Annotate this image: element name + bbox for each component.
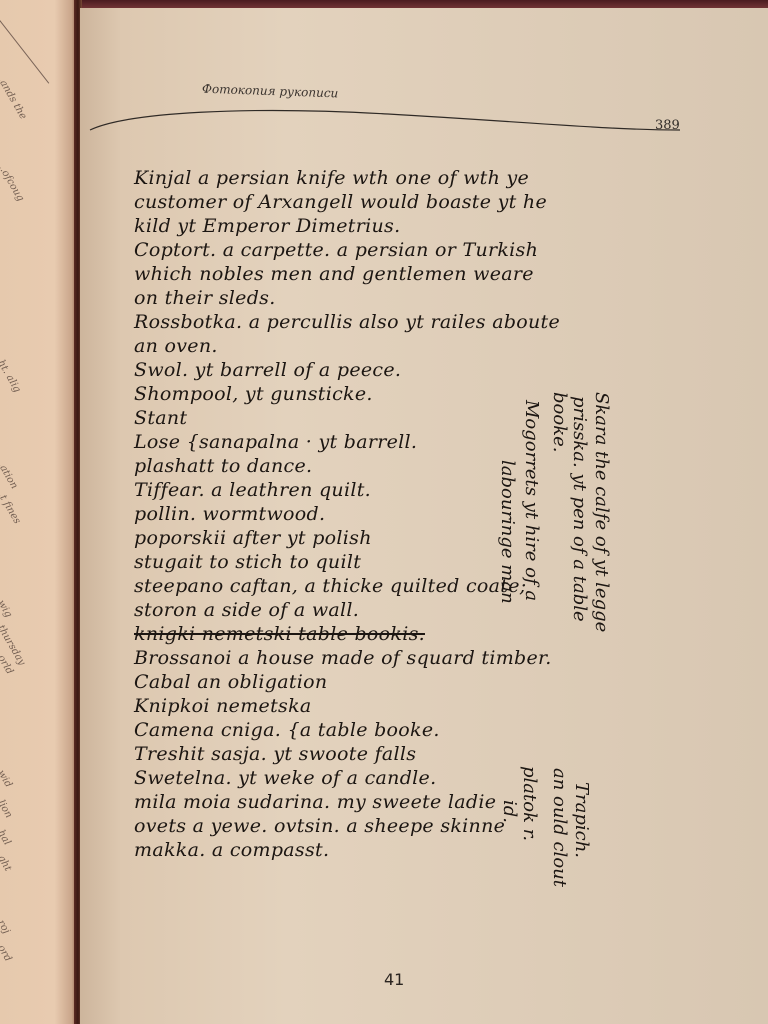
manuscript-line: kild yt Emperor Dimetrius.: [134, 214, 654, 238]
left-page-rule: [0, 20, 49, 84]
left-marginal-scrawl: ...ofcoug: [0, 160, 26, 203]
manuscript-line: Coptort. a carpette. a persian or Turkis…: [134, 238, 654, 262]
left-marginal-scrawl: ...lion: [0, 790, 14, 820]
margin-note-vertical: prisska. yt pen of a table: [568, 396, 590, 622]
margin-note-vertical: id.: [498, 800, 520, 823]
running-head-rule: [88, 108, 680, 148]
left-marginal-scrawl: ...ation: [0, 455, 20, 491]
left-marginal-scrawl: ...wig: [0, 590, 14, 619]
left-marginal-scrawl: ...t fines: [0, 485, 22, 526]
manuscript-line: Brossanoi a house made of squard timber.: [134, 646, 654, 670]
left-marginal-scrawl: ...ght: [0, 845, 13, 873]
manuscript-line: Treshit sasja. yt swoote falls: [134, 742, 654, 766]
left-marginal-scrawl: ...ands the: [0, 70, 29, 121]
manuscript-line: Knipkoi nemetska: [134, 694, 654, 718]
margin-note-vertical: Trapich.: [570, 782, 592, 858]
manuscript-line: Camena cniga. {a table booke.: [134, 718, 654, 742]
left-marginal-scrawl: ...ord: [0, 935, 13, 964]
margin-note-vertical: platok r.: [518, 766, 540, 841]
margin-note-vertical: Skara the calfe of yt legge: [590, 392, 612, 632]
margin-note-vertical: Mogorrets yt hire of a: [520, 400, 542, 601]
left-page: ...ands the ...ofcoug ...ht. alig ...ati…: [0, 0, 78, 1024]
manuscript-line: customer of Arxangell would boaste yt he: [134, 190, 654, 214]
left-marginal-scrawl: ...roj: [0, 910, 12, 936]
manuscript-line: Swol. yt barrell of a peece.: [134, 358, 654, 382]
manuscript-line: Cabal an obligation: [134, 670, 654, 694]
manuscript-line: Kinjal a persian knife wth one of wth ye: [134, 166, 654, 190]
left-marginal-scrawl: ...ht. alig: [0, 350, 23, 395]
page-number: 389: [655, 118, 680, 133]
manuscript-line: Rossbotka. a percullis also yt railes ab…: [134, 310, 654, 334]
left-marginal-scrawl: ...wid: [0, 760, 14, 789]
manuscript-line: on their sleds.: [134, 286, 654, 310]
margin-note-vertical: an ould clout: [548, 768, 570, 887]
manuscript-line: which nobles men and gentlemen weare: [134, 262, 654, 286]
left-marginal-scrawl: ...hal: [0, 820, 13, 847]
margin-note-vertical: booke.: [548, 392, 570, 452]
margin-note-vertical: labouringe man: [496, 460, 518, 604]
manuscript-line: an oven.: [134, 334, 654, 358]
manuscript-folio-number: 41: [384, 970, 404, 989]
struck-manuscript-line: knigki nemetski table bookis.: [134, 622, 654, 646]
